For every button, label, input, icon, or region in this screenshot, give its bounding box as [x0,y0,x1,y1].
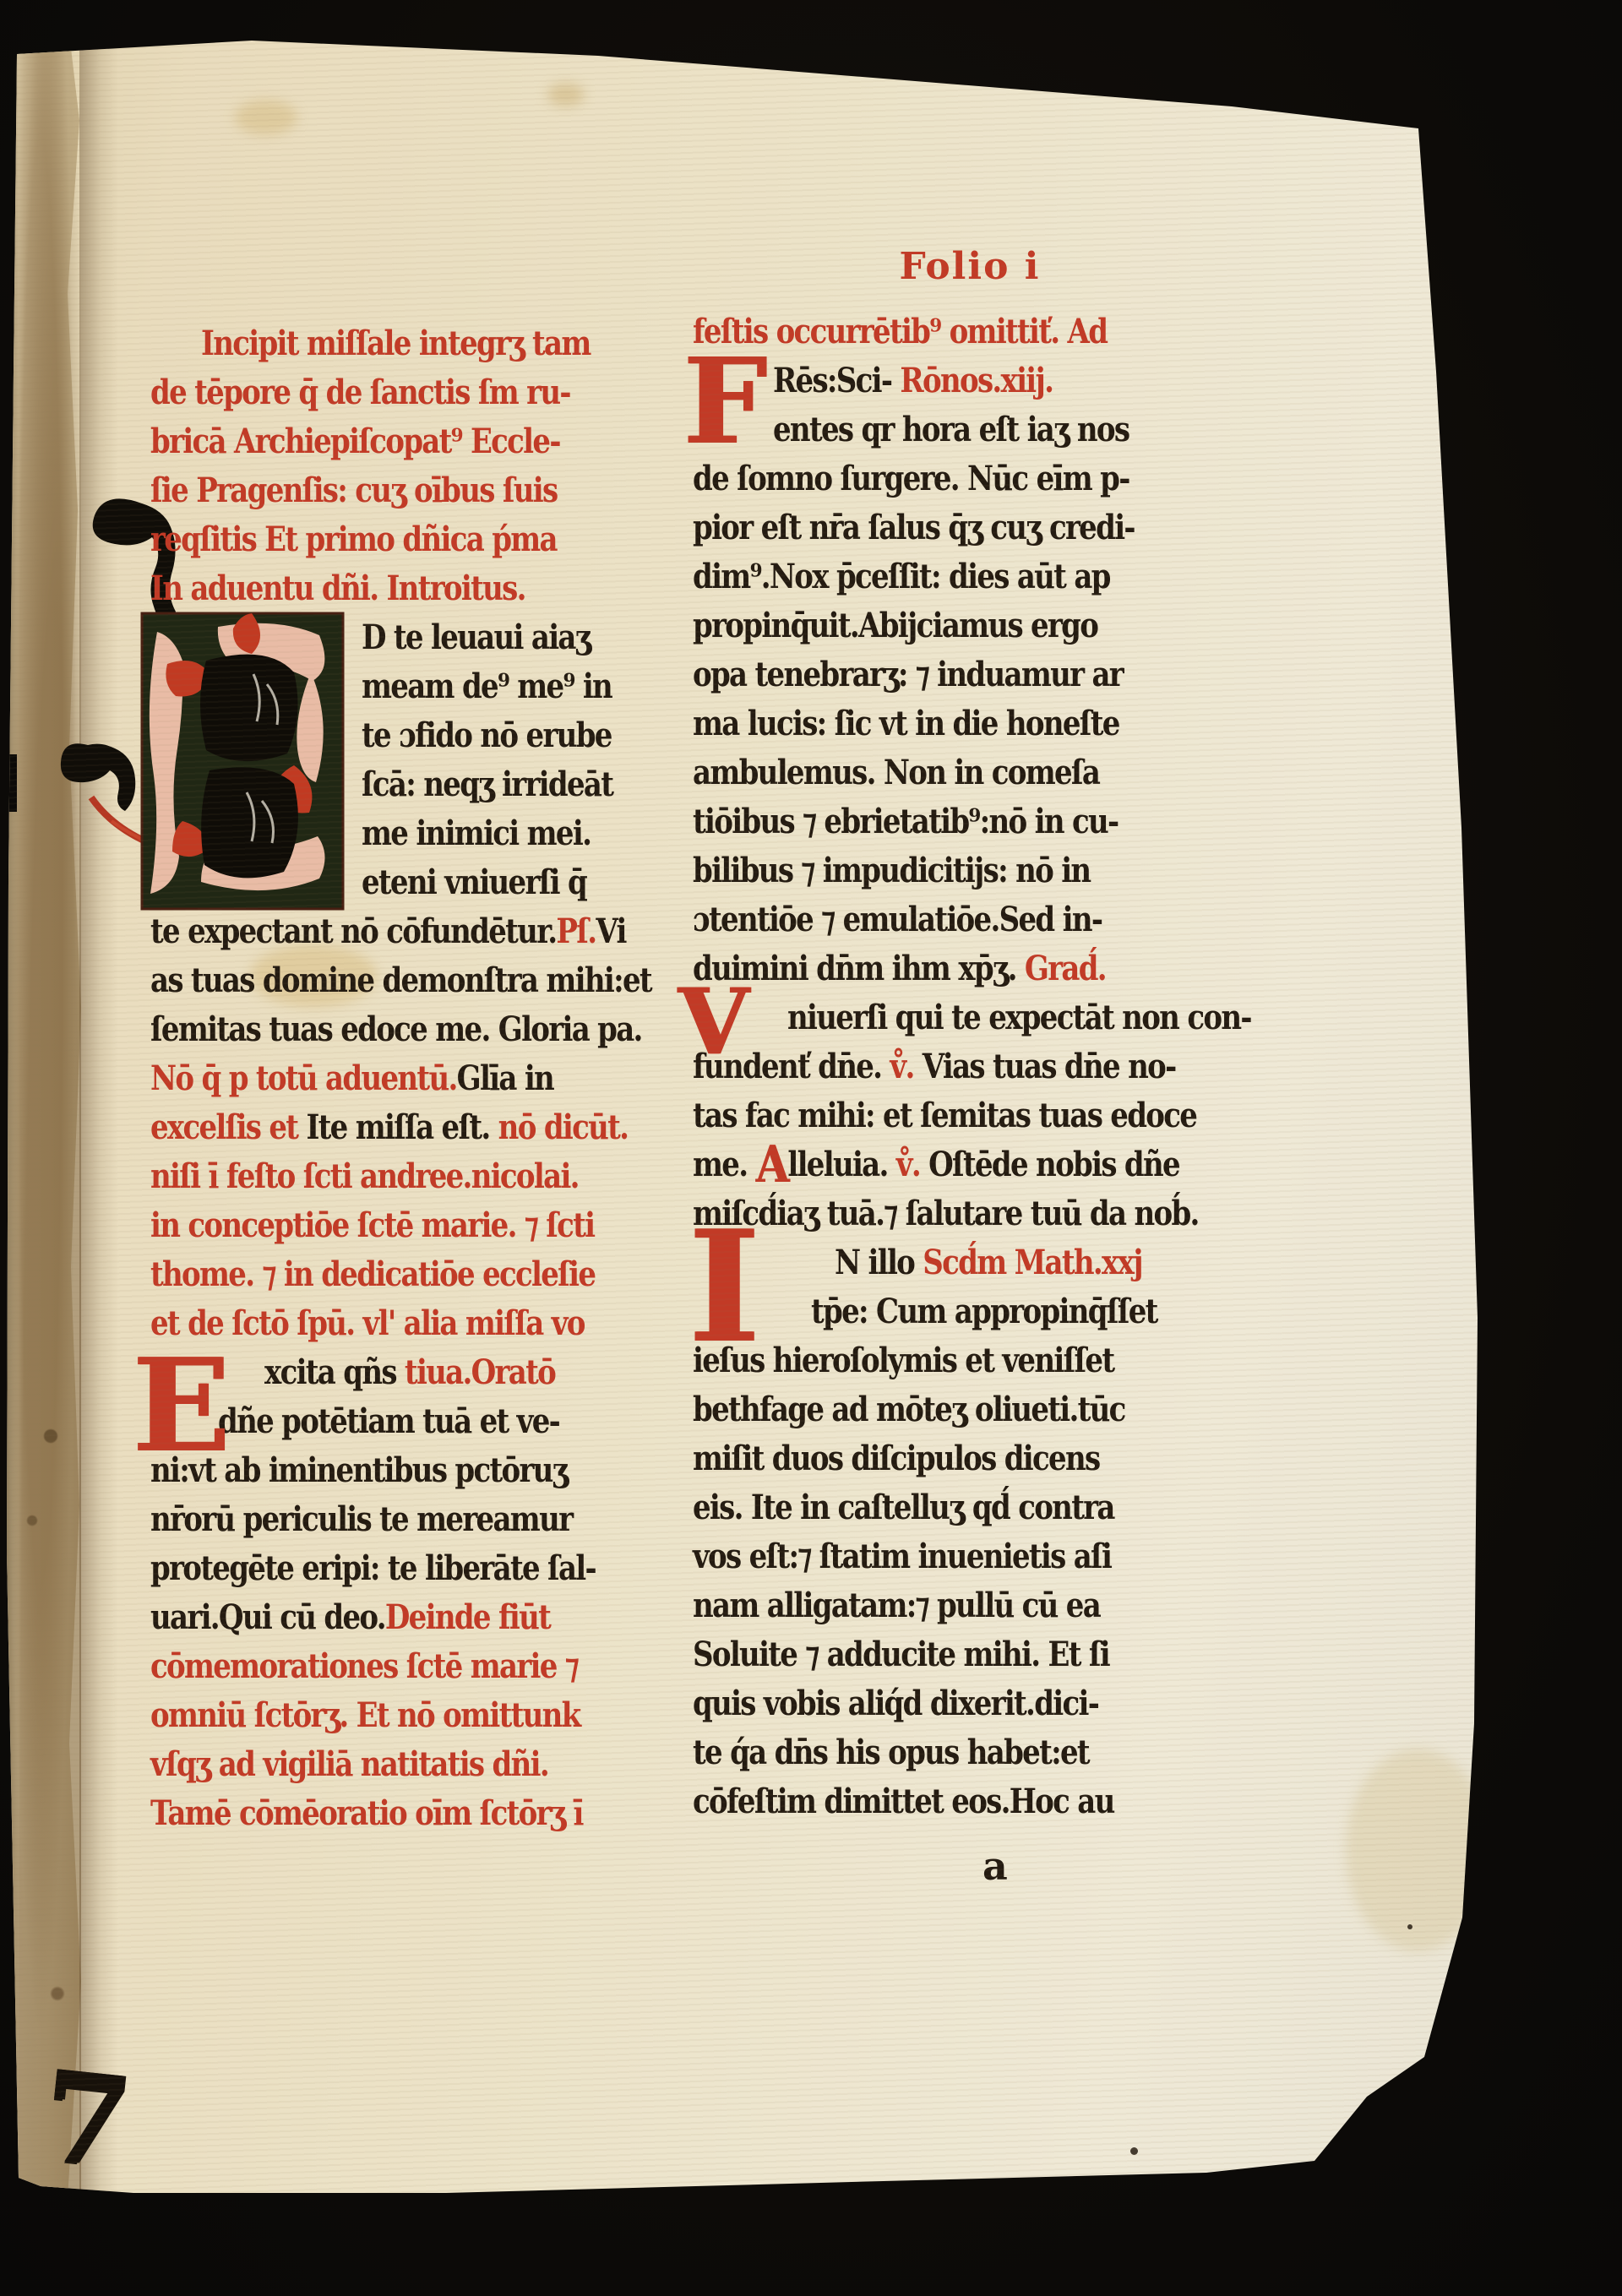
text-line: ieſus hieroſolymis et veniſſet [693,1336,1250,1385]
text-line: cōmemorationes ſctē marie ⁊ [150,1642,699,1691]
text-line: ni:vt ab iminentibus pctōruʒ [150,1446,699,1495]
text-line: Nō q̄ p totū aduentū.Glīa in [150,1054,699,1103]
text-line: as tuas domine demonſtra mihi:et [150,956,699,1005]
text-line: vos eſt:⁊ ſtatim inuenietis aſi [693,1532,1250,1581]
text-run: meam de⁹ me⁹ in [362,666,612,706]
text-run: lleluia. [787,1145,895,1184]
text-line: vſqʒ ad vigiliā natitatis dñi. [150,1740,699,1789]
text-line: te q́a dn̄s his opus habet:et [693,1728,1250,1777]
paper-stain [235,100,297,135]
text-run: Deinde fiūt [385,1597,550,1637]
lombard-initial-E: E [132,1341,230,1470]
text-run: vos eſt:⁊ ſtatim inuenietis aſi [693,1537,1111,1576]
text-line: Tamē cōmēoratio oīm ſctōrʒ ī [150,1789,699,1838]
quire-signature-mark: a [982,1843,1008,1889]
text-run: te expectant nō cōfundētur. [150,911,556,951]
text-line: bricā Archiepiſcopat⁹ Eccle- [150,417,699,466]
text-line: miſcd́iaʒ tuā.⁊ ſalutare tuū da nob́. [693,1189,1250,1238]
text-run: ɔtentiōe ⁊ emulatiōe.Sed in- [693,900,1102,939]
text-line: ſcā: neqʒ irrideāt [362,760,699,809]
text-run: Incipit miſſale integrʒ tam [201,324,591,363]
paper-stain [547,83,585,106]
text-run: Rēs:Sci- [773,361,900,400]
text-run: Nō q̄ p totū aduentū. [150,1058,457,1098]
text-run: Soluite ⁊ adducite mihi. Et ſi [693,1635,1109,1674]
text-run: protegēte eripi: te liberāte ſal- [150,1548,596,1588]
text-line: de ſomno ſurgere. Nūc eīm p- [693,454,1250,503]
text-line: me inimici mei. [362,809,699,858]
text-run: tiōibus ⁊ ebrietatib⁹:nō in cu- [693,802,1118,841]
text-line: opa tenebrarʒ: ⁊ induamur ar [693,650,1250,699]
text-line: quis vobis aliq́d dixerit.dici- [693,1679,1250,1728]
text-run: quis vobis aliq́d dixerit.dici- [693,1684,1098,1723]
ink-speck [1130,2147,1138,2155]
text-run: nam alligatam:⁊ pullū cū ea [693,1586,1100,1625]
text-line: me. Alleluia. v̊. Oſtēde nobis dñe [693,1140,1250,1189]
text-run: Vi [596,911,625,951]
text-line: entes qr hora eſt iaʒ nos [773,405,1250,454]
text-run: me inimici mei. [362,813,591,853]
manuscript-page: Folio i Incipit miſſale integrʒ tamde tē… [7,34,1495,2198]
scanned-book-photograph: Folio i Incipit miſſale integrʒ tamde tē… [0,0,1622,2296]
text-line: et de ſctō ſpū. vl' alia miſſa vo [150,1299,699,1348]
right-text-column: feſtis occurrētib⁹ omittiť. AdRēs:Sci- R… [693,307,1250,1826]
text-line: meam de⁹ me⁹ in [362,662,699,711]
text-run: ma lucis: ſic vt in die honeſte [693,704,1119,743]
text-run: v̊. [890,1047,913,1086]
text-run: miſit duos diſcipulos dicens [693,1439,1099,1478]
text-run: Pſ. [556,911,596,951]
text-run: Scd́m Math.xxj [923,1243,1142,1282]
text-run: entes qr hora eſt iaʒ nos [773,410,1129,449]
text-run: N illo [835,1243,923,1282]
text-line: te expectant nō cōfundētur.Pſ.Vi [150,907,699,956]
text-run: In aduentu dñi. Introitus. [150,569,525,608]
text-line: D te leuaui aiaʒ [362,613,699,662]
text-line: dim⁹.Nox p̄ceſſit: dies aūt ap [693,552,1250,601]
text-line: niuerſi qui te expectāt non con- [787,993,1250,1042]
text-line: N illo Scd́m Math.xxj [835,1238,1250,1287]
inline-lombard-initial: A [755,1135,787,1194]
gutter-crease-shadow [79,34,118,2198]
text-line: In aduentu dñi. Introitus. [150,564,699,613]
pen-flourish-bottom [61,743,135,811]
text-line: pior eſt nr̄a ſalus q̄ʒ cuʒ credi- [693,503,1250,552]
text-line: tas fac mihi: et ſemitas tuas edoce [693,1091,1250,1140]
text-run: niuerſi qui te expectāt non con- [787,998,1251,1037]
ink-speck [1407,1924,1412,1929]
text-run: cōfeſtim dimittet eos.Hoc au [693,1782,1114,1821]
text-run: tp̄e: Cum appropinq̄ſſet [811,1292,1157,1331]
text-run: pior eſt nr̄a ſalus q̄ʒ cuʒ credi- [693,508,1135,547]
text-run: omniū ſctōrʒ. Et nō omittunk [150,1695,580,1735]
text-run: xcita qñs [264,1352,405,1392]
text-line: propinq̄uit.Abijciamus ergo [693,601,1250,650]
binding-gutter-stubs [7,34,81,2198]
text-line: bethfage ad mōteʒ oliueti.tūc [693,1385,1250,1434]
text-run: bricā Archiepiſcopat⁹ Eccle- [150,422,560,461]
text-run: D te leuaui aiaʒ [362,618,590,657]
text-run: Glīa in [457,1058,553,1098]
text-line: te ɔfido nō erube [362,711,699,760]
text-run: ambulemus. Non in comeſa [693,753,1099,792]
text-run: uari.Qui cū deo. [150,1597,385,1637]
text-line: de tēpore q̄ de ſanctis ſm ru- [150,368,699,417]
text-run: propinq̄uit.Abijciamus ergo [693,606,1097,645]
text-run: Vias tuas dn̄e no- [914,1047,1176,1086]
text-run: te q́a dn̄s his opus habet:et [693,1733,1089,1772]
text-run: dim⁹.Nox p̄ceſſit: dies aūt ap [693,557,1110,596]
lombard-initial-V: V [678,977,748,1068]
text-run: Ite miſſa eſt. [306,1107,498,1147]
text-run: Rōnos.xiij. [900,361,1053,400]
text-run: Oſtēde nobis dñe [920,1145,1179,1184]
text-line: xcita qñs tiua.Oratō [264,1348,699,1397]
text-run: Grad́. [1025,949,1106,988]
text-run: opa tenebrarʒ: ⁊ induamur ar [693,655,1123,694]
text-run: ſemitas tuas edoce me. Gloria pa. [150,1009,642,1049]
text-run: de tēpore q̄ de ſanctis ſm ru- [150,373,570,412]
text-line: reqſitis Et primo dñica ṕma [150,515,699,564]
text-line: thome. ⁊ in dedicatiōe eccleſie [150,1250,699,1299]
text-line: uari.Qui cū deo.Deinde fiūt [150,1593,699,1642]
text-run: Tamē cōmēoratio oīm ſctōrʒ ī [150,1793,583,1833]
text-line: cōfeſtim dimittet eos.Hoc au [693,1777,1250,1826]
text-line: dñe potētiam tuā et ve- [218,1397,699,1446]
handwritten-numeral: 7 [35,2042,137,2197]
text-run: me. [693,1145,755,1184]
text-line: tiōibus ⁊ ebrietatib⁹:nō in cu- [693,797,1250,846]
text-run: bethfage ad mōteʒ oliueti.tūc [693,1390,1125,1429]
text-run: niſi ī feſto ſcti andree.nicolai. [150,1156,579,1196]
text-run: nr̄orū periculis te mereamur [150,1499,572,1539]
text-run: tas fac mihi: et ſemitas tuas edoce [693,1096,1196,1135]
text-line: ambulemus. Non in comeſa [693,748,1250,797]
text-run: thome. ⁊ in dedicatiōe eccleſie [150,1254,595,1294]
text-run: ſie Pragenſis: cuʒ oībus ſuis [150,471,557,510]
text-run: nō dicūt. [498,1107,629,1147]
text-line: excelſis et Ite miſſa eſt. nō dicūt. [150,1103,699,1152]
text-run: eis. Ite in caſtelluʒ qd́ contra [693,1488,1114,1527]
text-line: Rēs:Sci- Rōnos.xiij. [773,356,1250,405]
lombard-initial-F: F [683,343,766,461]
text-line: eteni vniuerſi q̄ [362,858,699,907]
text-line: protegēte eripi: te liberāte ſal- [150,1544,699,1593]
text-line: duimini dn̄m ihm xp̄ʒ. Grad́. [693,944,1250,993]
text-run: miſcd́iaʒ tuā.⁊ ſalutare tuū da nob́. [693,1194,1199,1233]
text-run: v̊. [896,1145,920,1184]
text-run: reqſitis Et primo dñica ṕma [150,520,557,559]
text-line: ſemitas tuas edoce me. Gloria pa. [150,1005,699,1054]
text-run: cōmemorationes ſctē marie ⁊ [150,1646,578,1686]
text-line: Incipit miſſale integrʒ tam [201,319,699,368]
text-run: bilibus ⁊ impudicitijs: nō in [693,851,1090,890]
text-line: ma lucis: ſic vt in die honeſte [693,699,1250,748]
text-run: tiua.Oratō [405,1352,555,1392]
text-run: te ɔfido nō erube [362,715,612,755]
text-run: excelſis et [150,1107,306,1147]
text-line: omniū ſctōrʒ. Et nō omittunk [150,1691,699,1740]
text-line: nr̄orū periculis te mereamur [150,1495,699,1544]
text-run: ſcā: neqʒ irrideāt [362,764,612,804]
text-line: tp̄e: Cum appropinq̄ſſet [811,1287,1250,1336]
text-run: eteni vniuerſi q̄ [362,862,586,902]
text-run: dñe potētiam tuā et ve- [218,1401,559,1441]
text-line: fundenť dn̄e. v̊. Vias tuas dn̄e no- [693,1042,1250,1091]
text-line: ɔtentiōe ⁊ emulatiōe.Sed in- [693,895,1250,944]
folio-header: Folio i [818,245,1122,288]
text-line: Soluite ⁊ adducite mihi. Et ſi [693,1630,1250,1679]
text-run: as tuas domine demonſtra mihi:et [150,960,651,1000]
text-line: feſtis occurrētib⁹ omittiť. Ad [693,307,1250,356]
text-line: in conceptiōe ſctē marie. ⁊ ſcti [150,1201,699,1250]
text-line: nam alligatam:⁊ pullū cū ea [693,1581,1250,1630]
text-line: niſi ī feſto ſcti andree.nicolai. [150,1152,699,1201]
lombard-initial-I: I [688,1210,759,1363]
text-line: miſit duos diſcipulos dicens [693,1434,1250,1483]
left-text-column: Incipit miſſale integrʒ tamde tēpore q̄ … [150,319,699,1838]
text-run: vſqʒ ad vigiliā natitatis dñi. [150,1744,548,1784]
text-line: eis. Ite in caſtelluʒ qd́ contra [693,1483,1250,1532]
text-run: in conceptiōe ſctē marie. ⁊ ſcti [150,1205,594,1245]
text-line: ſie Pragenſis: cuʒ oībus ſuis [150,466,699,515]
text-line: bilibus ⁊ impudicitijs: nō in [693,846,1250,895]
